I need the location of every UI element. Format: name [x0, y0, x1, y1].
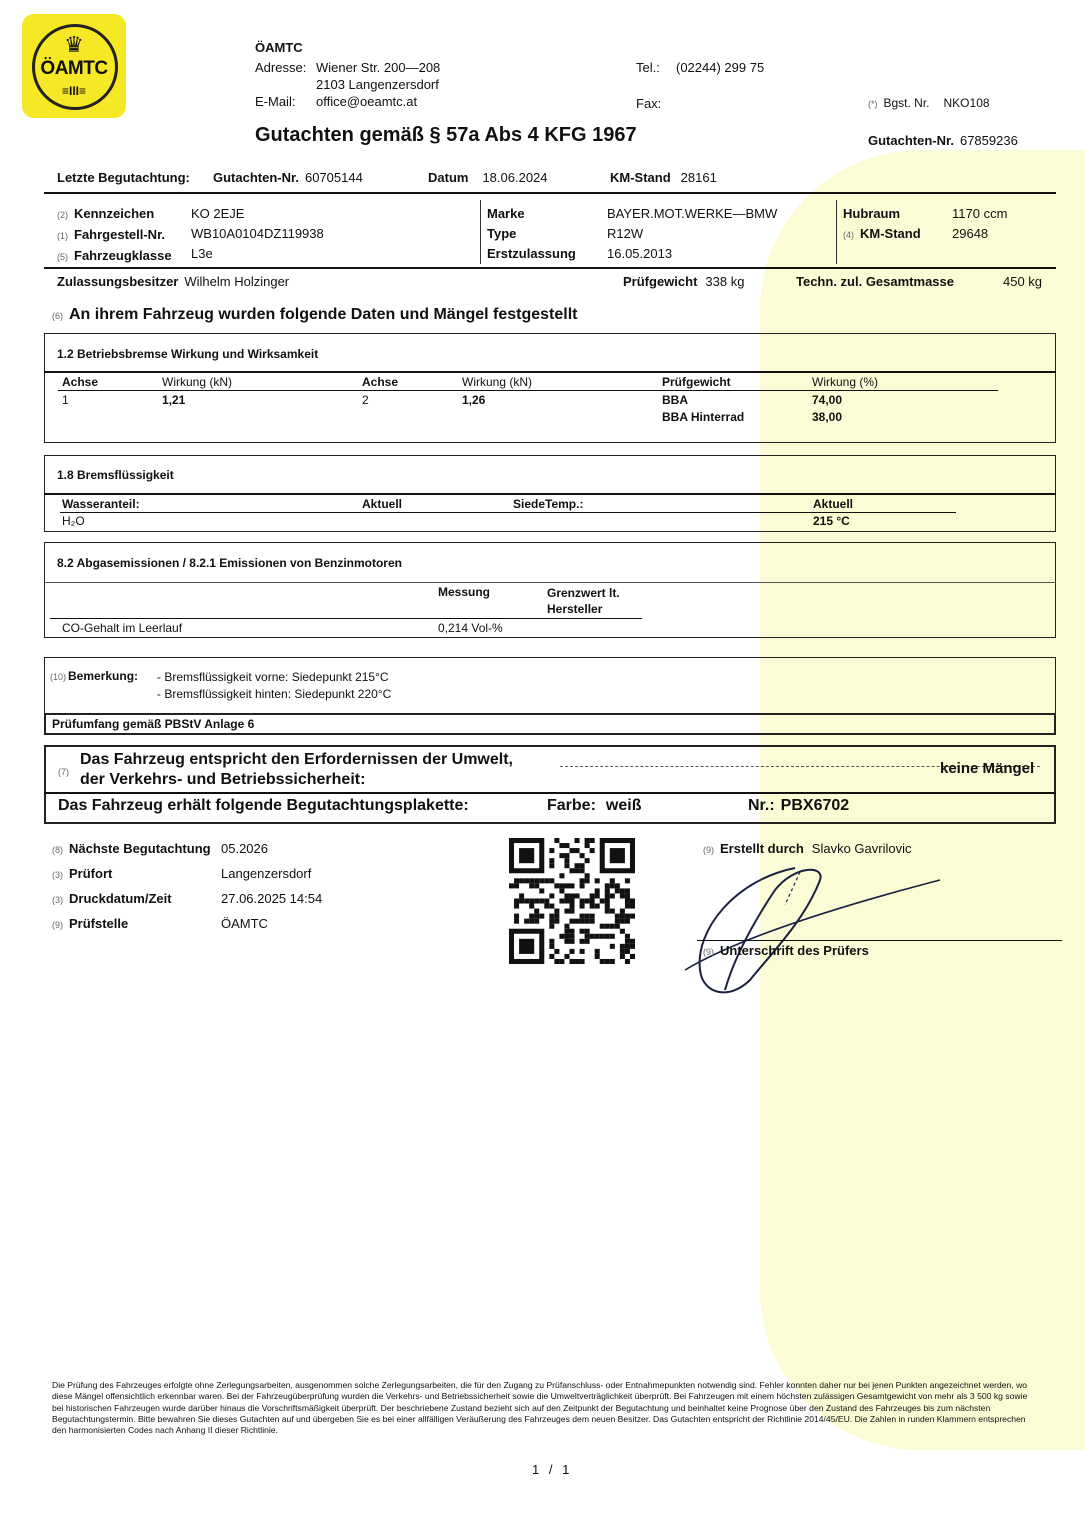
vehicle-values-right: 1170 ccm 29648 [952, 204, 1007, 244]
km-value: 29648 [952, 224, 1007, 244]
brake-header: Achse [62, 375, 98, 389]
brake-header: Wirkung (kN) [162, 375, 232, 389]
address-line2: 2103 Langenzersdorf [316, 77, 439, 92]
signature-label: (9)Unterschrift des Prüfers [703, 943, 869, 958]
test-weight: Prüfgewicht338 kg [623, 274, 744, 289]
brake-cell: 74,00 [812, 393, 842, 407]
bf-water-value: H₂O [62, 514, 85, 528]
fax-label: Fax: [636, 96, 661, 111]
brake-fluid-title: 1.8 Bremsflüssigkeit [57, 468, 174, 482]
class-value: L3e [191, 244, 324, 264]
bf-header-current1: Aktuell [362, 497, 402, 511]
last-inspection-label: Letzte Begutachtung: [57, 170, 190, 185]
scope-text: Prüfumfang gemäß PBStV Anlage 6 [52, 717, 254, 731]
type-value: R12W [607, 224, 777, 244]
first-reg-value: 16.05.2013 [607, 244, 777, 264]
email-link[interactable]: office@oeamtc.at [316, 94, 417, 109]
signature-scribble [675, 860, 955, 1005]
qr-code[interactable] [509, 838, 635, 964]
report-title: Gutachten gemäß § 57a Abs 4 KFG 1967 [255, 124, 637, 147]
sticker-color: Farbe:weiß [547, 797, 641, 815]
vehicle-labels-left: (2)Kennzeichen (1)Fahrgestell-Nr. (5)Fah… [57, 204, 172, 267]
last-inspection-km: KM-Stand28161 [610, 170, 717, 185]
brake-cell: BBA [662, 393, 688, 407]
plate-value: KO 2EJE [191, 204, 324, 224]
last-inspection-date: Datum18.06.2024 [428, 170, 548, 185]
verdict: keine Mängel [940, 760, 1034, 777]
brake-header: Prüfgewicht [662, 375, 731, 389]
org-name: ÖAMTC [255, 40, 303, 55]
brake-cell: 1,26 [462, 393, 485, 407]
disclaimer: Die Prüfung des Fahrzeuges erfolgte ohne… [52, 1380, 1038, 1436]
emissions-title: 8.2 Abgasemissionen / 8.2.1 Emissionen v… [57, 556, 402, 570]
gross-mass-value: 450 kg [1003, 274, 1042, 289]
emissions-col-limit: Grenzwert lt. Hersteller [547, 585, 642, 617]
detail-row: (9)PrüfstelleÖAMTC [52, 916, 268, 931]
eagle-icon: ♛ [22, 32, 126, 58]
vin-value: WB10A0104DZ119938 [191, 224, 324, 244]
sticker-number: Nr.:PBX6702 [748, 797, 849, 815]
bf-boil-value: 215 °C [813, 514, 850, 528]
remarks-label: (10)Bemerkung: [50, 669, 138, 683]
bf-header-water: Wasseranteil: [62, 497, 140, 511]
vehicle-labels-mid: Marke Type Erstzulassung [487, 204, 576, 264]
detail-row: (8)Nächste Begutachtung05.2026 [52, 841, 268, 856]
tel-label: Tel.: [636, 60, 660, 75]
brake-title: 1.2 Betriebsbremse Wirkung und Wirksamke… [57, 347, 318, 361]
result-statement: Das Fahrzeug entspricht den Erforderniss… [80, 750, 513, 790]
created-by: (9)Erstellt durchSlavko Gavrilovic [703, 841, 912, 856]
detail-row: (3)PrüfortLangenzersdorf [52, 866, 311, 881]
owner: ZulassungsbesitzerWilhelm Holzinger [57, 274, 289, 289]
bf-header-current2: Aktuell [813, 497, 853, 511]
bgst: (*)Bgst. Nr.NKO108 [868, 96, 990, 110]
plate-statement: Das Fahrzeug erhält folgende Begutachtun… [58, 797, 469, 815]
brake-cell: 38,00 [812, 410, 842, 424]
brake-cell: 1,21 [162, 393, 185, 407]
bf-header-boil: SiedeTemp.: [513, 497, 583, 511]
detail-row: (3)Druckdatum/Zeit27.06.2025 14:54 [52, 891, 322, 906]
address-label: Adresse: [255, 60, 306, 75]
brake-header: Achse [362, 375, 398, 389]
address-line1: Wiener Str. 200—208 [316, 60, 440, 75]
emissions-col-measure: Messung [438, 585, 490, 599]
tel-value: (02244) 299 75 [676, 60, 764, 75]
vehicle-labels-right: Hubraum (4)KM-Stand [843, 204, 921, 245]
report-number: Gutachten-Nr.67859236 [868, 133, 1018, 148]
vehicle-values-mid: BAYER.MOT.WERKE—BMW R12W 16.05.2013 [607, 204, 777, 264]
vehicle-values-left: KO 2EJE WB10A0104DZ119938 L3e [191, 204, 324, 264]
displacement-value: 1170 ccm [952, 204, 1007, 224]
brake-header: Wirkung (kN) [462, 375, 532, 389]
oeamtc-logo: ♛ ÖAMTC ≡III≡ [22, 14, 126, 118]
brake-cell: BBA Hinterrad [662, 410, 744, 424]
email-label: E-Mail: [255, 94, 295, 109]
remarks-lines: - Bremsflüssigkeit vorne: Siedepunkt 215… [157, 669, 391, 703]
co-label: CO-Gehalt im Leerlauf [62, 621, 182, 635]
brake-cell: 1 [62, 393, 69, 407]
findings-heading: (6)An ihrem Fahrzeug wurden folgende Dat… [52, 306, 578, 324]
brake-cell: 2 [362, 393, 369, 407]
gross-mass-label: Techn. zul. Gesamtmasse [796, 274, 954, 289]
logo-text: ÖAMTC [22, 58, 126, 80]
co-value: 0,214 Vol-% [438, 621, 503, 635]
brake-header: Wirkung (%) [812, 375, 878, 389]
page-number: 1 / 1 [532, 1462, 569, 1477]
make-value: BAYER.MOT.WERKE—BMW [607, 204, 777, 224]
last-inspection-number: Gutachten-Nr.60705144 [213, 170, 363, 185]
